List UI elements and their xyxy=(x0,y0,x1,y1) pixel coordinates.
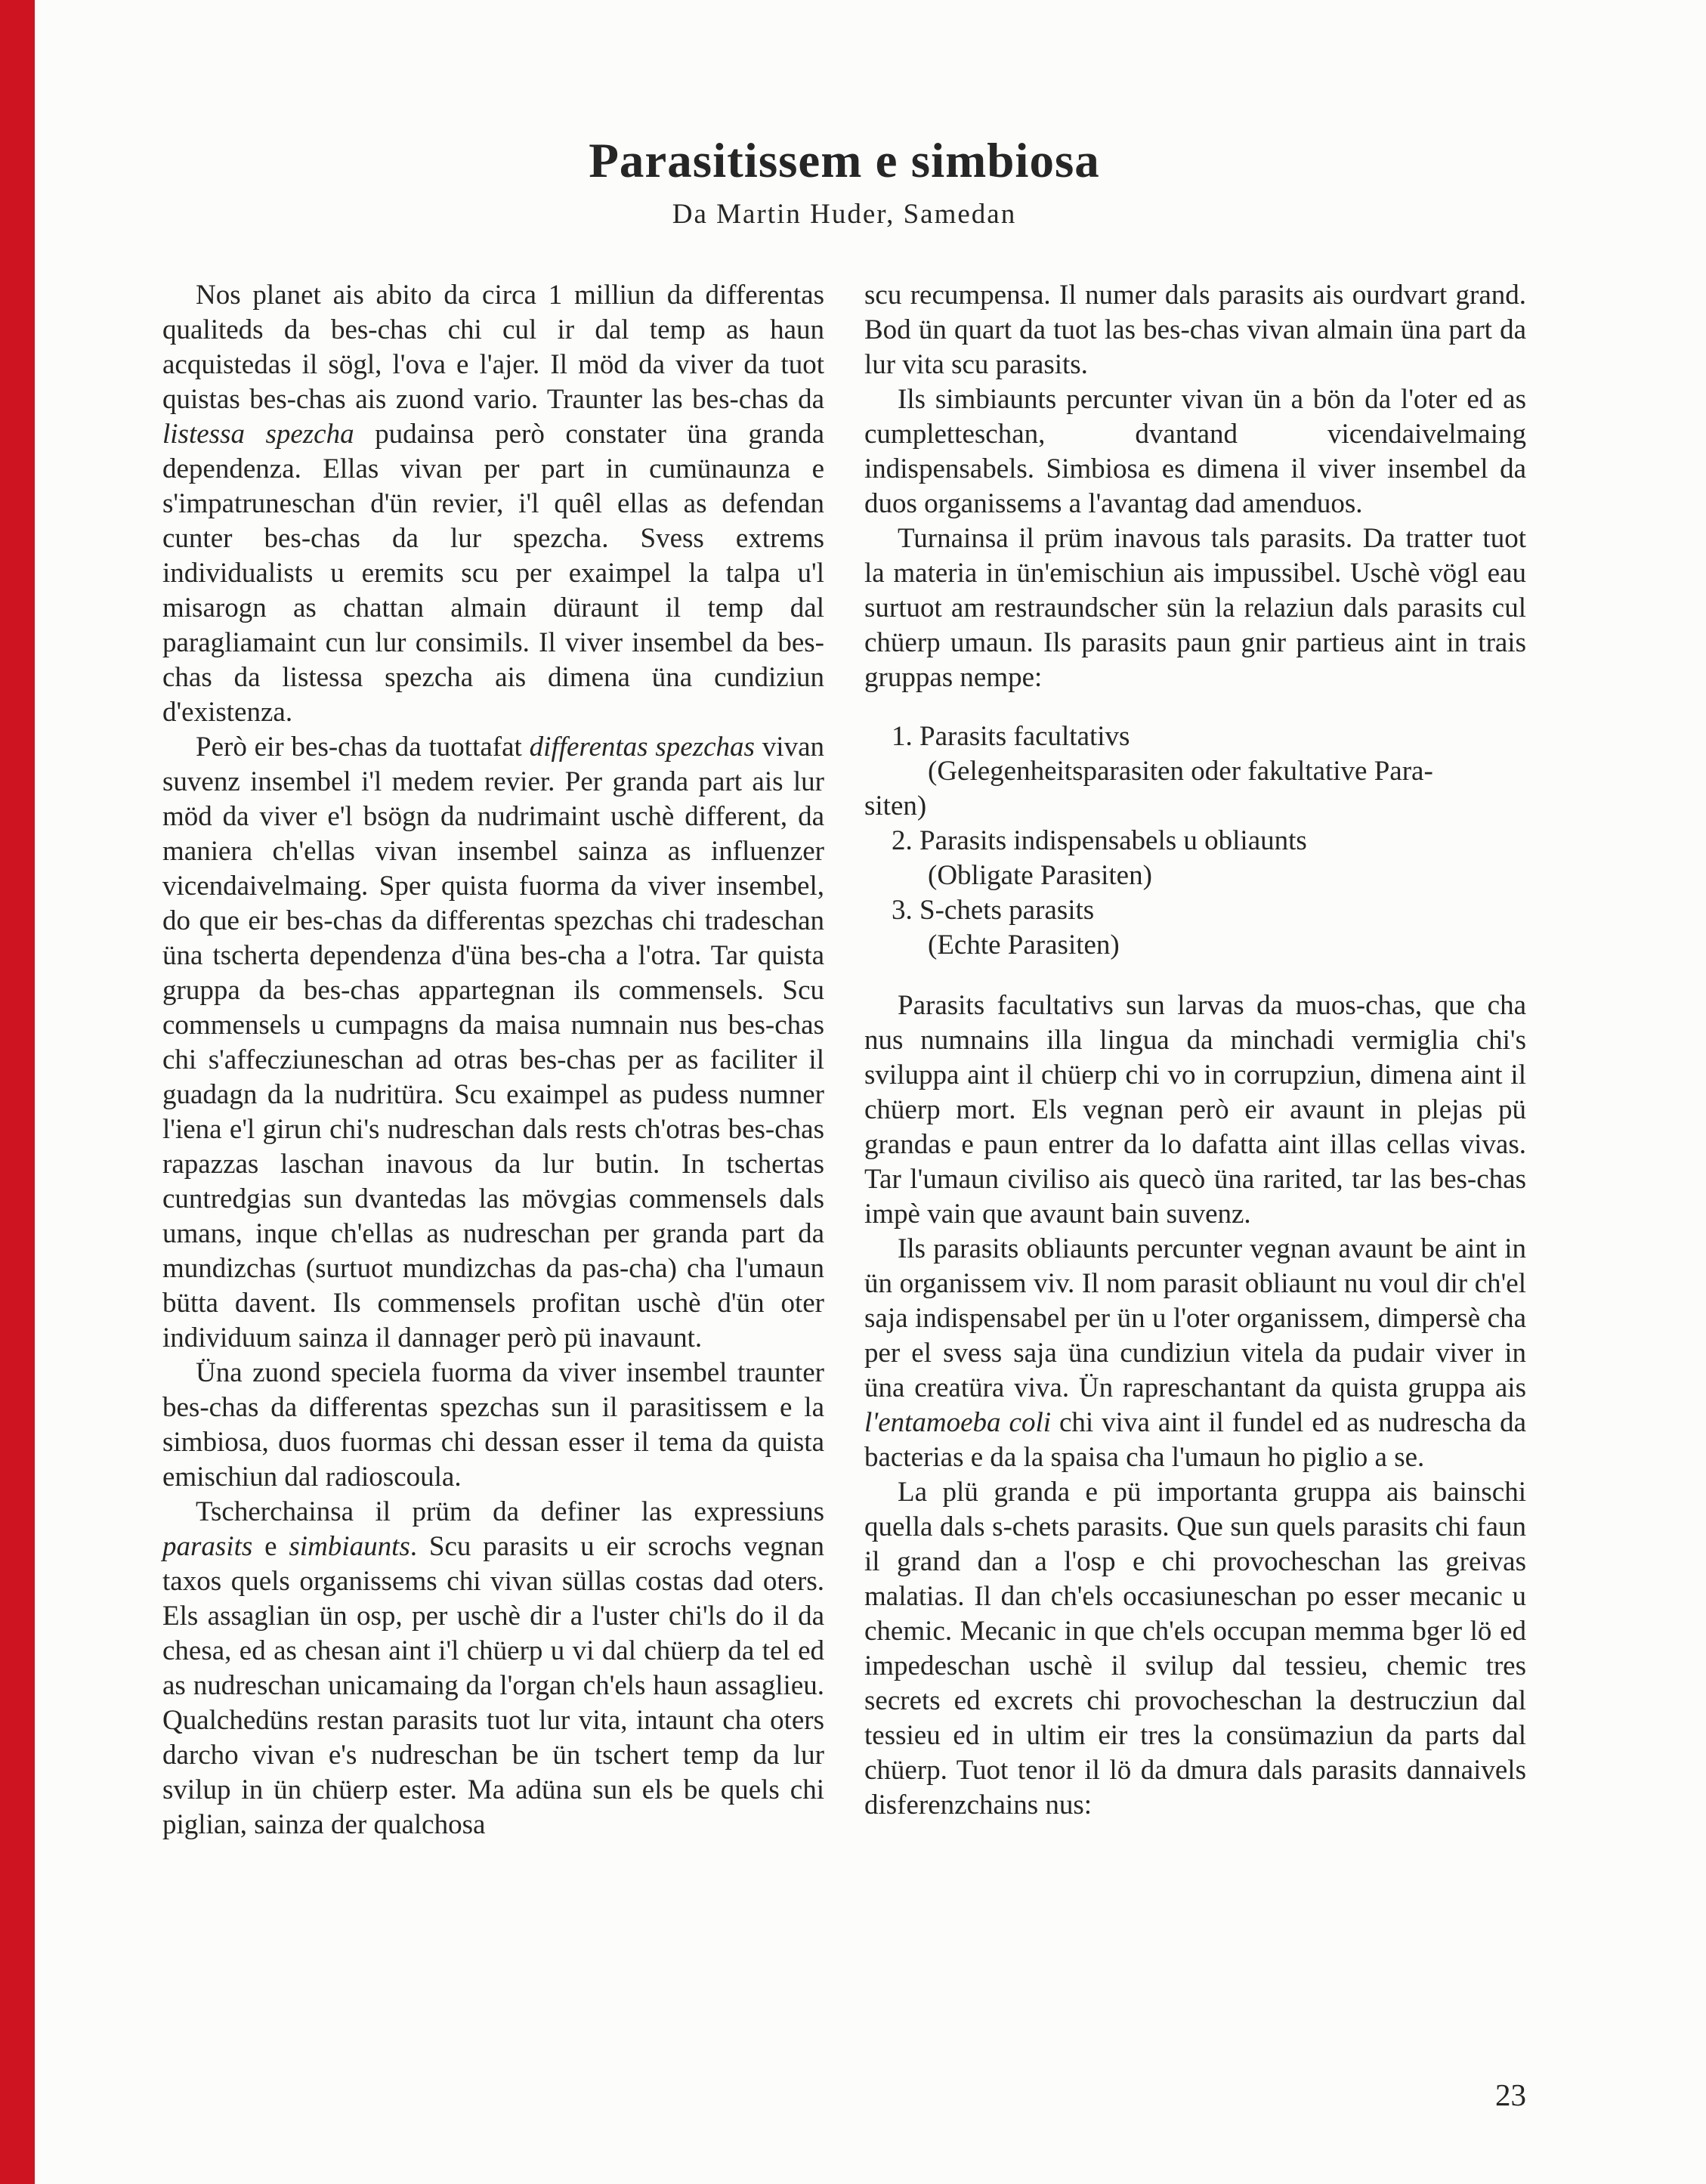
text-run: La plü granda e pü importanta gruppa ais… xyxy=(864,1477,1526,1821)
text-run: e xyxy=(252,1531,289,1562)
book-edge-red-strip xyxy=(0,0,35,2184)
paragraph: Ils parasits obliaunts percunter vegnan … xyxy=(864,1232,1526,1475)
scanned-page: Parasitissem e simbiosa Da Martin Huder,… xyxy=(0,0,1706,2184)
italic-phrase: parasits xyxy=(162,1531,252,1562)
list-line: (Echte Parasiten) xyxy=(864,928,1526,963)
paragraph: scu recumpensa. Il numer dals parasits a… xyxy=(864,278,1526,382)
text-run: Nos planet ais abito da circa 1 milliun … xyxy=(162,280,824,415)
text-run: scu recumpensa. Il numer dals parasits a… xyxy=(864,280,1526,380)
column-left: Nos planet ais abito da circa 1 milliun … xyxy=(162,278,824,1842)
paragraph: Üna zuond speciela fuorma da viver insem… xyxy=(162,1356,824,1495)
list-line: (Gelegenheitsparasiten oder fakultative … xyxy=(864,754,1526,789)
list-line: 1. Parasits facultativs xyxy=(864,719,1526,754)
text-run: . Scu parasits u eir scrochs vegnan taxo… xyxy=(162,1531,824,1840)
italic-phrase: differentas spezchas xyxy=(530,732,755,763)
paragraph: Parasits facultativs sun larvas da muos-… xyxy=(864,988,1526,1232)
paragraph: Nos planet ais abito da circa 1 milliun … xyxy=(162,278,824,730)
text-columns: Nos planet ais abito da circa 1 milliun … xyxy=(162,278,1526,1842)
list-line: 3. S-chets parasits xyxy=(864,893,1526,928)
text-run: Ils simbiaunts percunter vivan ün a bön … xyxy=(864,384,1526,519)
column-right: scu recumpensa. Il numer dals parasits a… xyxy=(864,278,1526,1842)
text-run: pudainsa però constater üna granda depen… xyxy=(162,419,824,728)
italic-phrase: listessa spezcha xyxy=(162,419,354,450)
byline: Da Martin Huder, Samedan xyxy=(162,198,1526,230)
text-run: Ils parasits obliaunts percunter vegnan … xyxy=(864,1233,1526,1403)
parasite-groups-list: 1. Parasits facultativs(Gelegenheitspara… xyxy=(864,719,1526,963)
text-run: Turnainsa il prüm inavous tals parasits.… xyxy=(864,523,1526,693)
text-run: Però eir bes-chas da tuottafat xyxy=(196,732,530,763)
list-line: siten) xyxy=(864,789,1526,824)
paragraph: Ils simbiaunts percunter vivan ün a bön … xyxy=(864,382,1526,521)
paragraph: La plü granda e pü importanta gruppa ais… xyxy=(864,1475,1526,1823)
text-run: vivan suvenz insembel i'l medem revier. … xyxy=(162,732,824,1353)
paragraph: Tscherchainsa il prüm da definer las exp… xyxy=(162,1495,824,1842)
text-run: Üna zuond speciela fuorma da viver insem… xyxy=(162,1357,824,1493)
paragraph: Però eir bes-chas da tuottafat different… xyxy=(162,730,824,1356)
text-run: Parasits facultativs sun larvas da muos-… xyxy=(864,990,1526,1230)
italic-phrase: simbiaunts xyxy=(289,1531,410,1562)
list-line: 2. Parasits indispensabels u obliaunts xyxy=(864,824,1526,858)
page-title: Parasitissem e simbiosa xyxy=(162,133,1526,190)
list-line: (Obligate Parasiten) xyxy=(864,858,1526,893)
italic-phrase: l'entamoeba coli xyxy=(864,1407,1051,1438)
paragraph: Turnainsa il prüm inavous tals parasits.… xyxy=(864,521,1526,695)
page-number: 23 xyxy=(1495,2077,1526,2113)
text-run: Tscherchainsa il prüm da definer las exp… xyxy=(196,1496,824,1527)
